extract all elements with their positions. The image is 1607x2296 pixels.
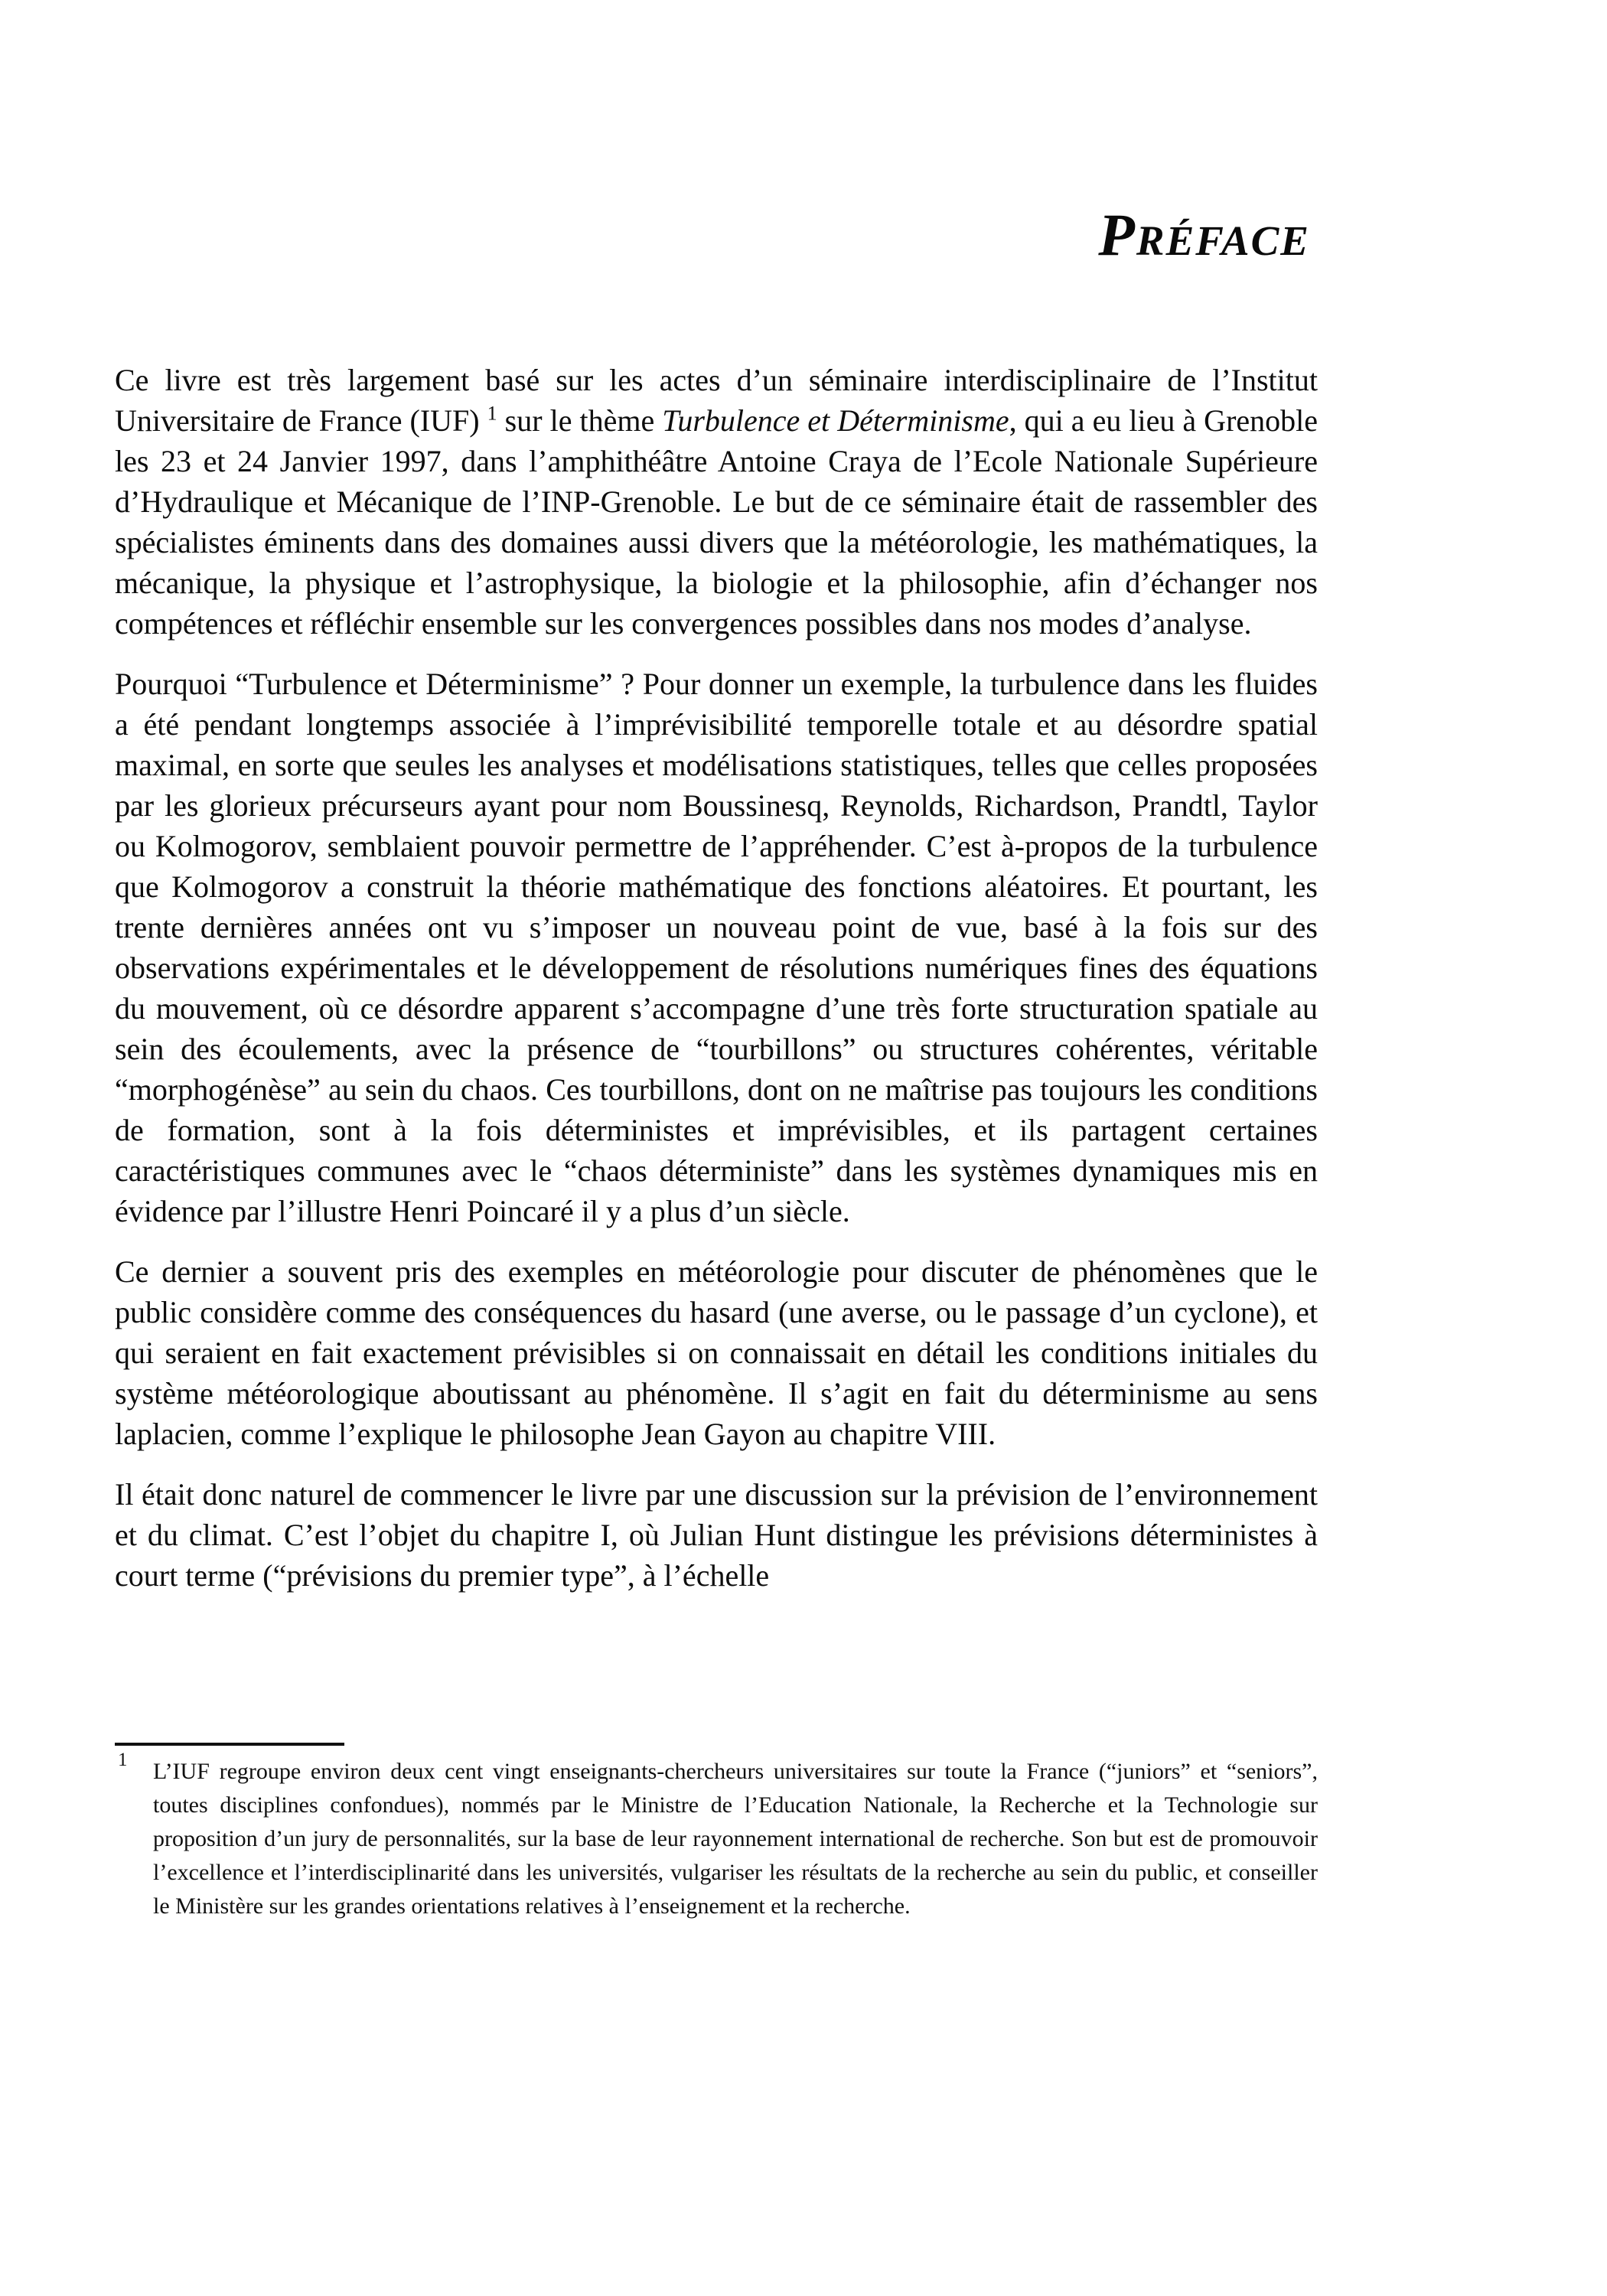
footnote-reference: 1 <box>487 403 497 425</box>
footnote-marker: 1 <box>118 1750 128 1769</box>
text-run: Il était donc naturel de commencer le li… <box>115 1477 1318 1593</box>
paragraph: Ce dernier a souvent pris des exemples e… <box>115 1251 1318 1454</box>
paragraph: Ce livre est très largement basé sur les… <box>115 360 1318 644</box>
text-run: sur le thème <box>497 403 663 438</box>
footnote-separator <box>115 1743 344 1746</box>
footnote: 1 L’IUF regroupe environ deux cent vingt… <box>115 1755 1318 1923</box>
italic-text: Turbulence et Déterminisme <box>662 403 1009 438</box>
text-run: Pourquoi “Turbulence et Déterminisme” ? … <box>115 667 1318 1228</box>
book-page: Préface Ce livre est très largement basé… <box>0 0 1607 2296</box>
preface-body: Ce livre est très largement basé sur les… <box>115 360 1318 1596</box>
paragraph: Il était donc naturel de commencer le li… <box>115 1474 1318 1596</box>
paragraphs: Ce livre est très largement basé sur les… <box>115 360 1318 1596</box>
text-run: Ce dernier a souvent pris des exemples e… <box>115 1254 1318 1451</box>
footnote-text: L’IUF regroupe environ deux cent vingt e… <box>153 1759 1318 1919</box>
text-run: , qui a eu lieu à Grenoble les 23 et 24 … <box>115 403 1318 641</box>
paragraph: Pourquoi “Turbulence et Déterminisme” ? … <box>115 664 1318 1231</box>
page-title: Préface <box>1098 205 1310 265</box>
